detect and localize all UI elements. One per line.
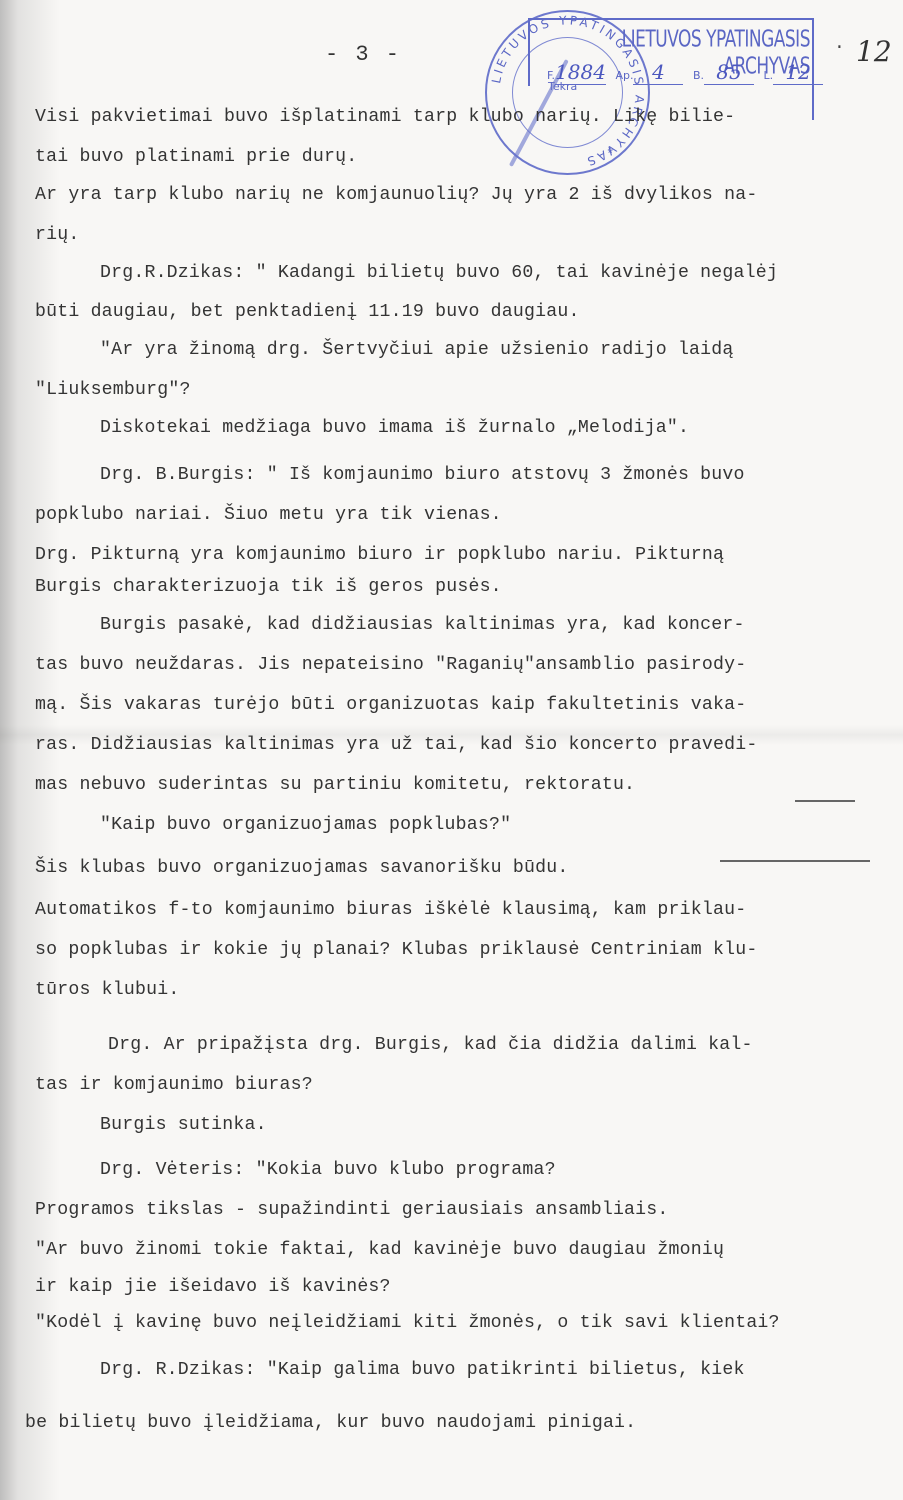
typed-line: Drg.R.Dzikas: " Kadangi bilietų buvo 60,… <box>100 263 778 283</box>
typed-line: "Liuksemburg"? <box>35 380 191 400</box>
lapas-value: 12 <box>785 60 810 84</box>
typed-line: tas ir komjaunimo biuras? <box>35 1075 313 1095</box>
typed-line: tas buvo neuždaras. Jis nepateisino "Rag… <box>35 655 746 675</box>
typed-line: ras. Didžiausias kaltinimas yra už tai, … <box>35 735 757 755</box>
typed-line: Programos tikslas - supažindinti geriaus… <box>35 1200 669 1220</box>
typed-line: mas nebuvo suderintas su partiniu komite… <box>35 775 635 795</box>
seal-star-icon: * <box>606 147 614 163</box>
typed-line: Drg. Ar pripažįsta drg. Burgis, kad čia … <box>108 1035 753 1055</box>
typed-line: Burgis sutinka. <box>100 1115 267 1135</box>
folio-dot: · <box>834 38 845 58</box>
typed-line: Automatikos f-to komjaunimo biuras iškėl… <box>35 900 746 920</box>
apyrasas-label: Ap. <box>615 69 633 82</box>
fond-label: F. <box>547 69 555 82</box>
typed-line: būti daugiau, bet penktadienį 11.19 buvo… <box>35 302 580 322</box>
typed-line: tai buvo platinami prie durų. <box>35 147 357 167</box>
archive-stamp-fields: F.1884 Ap.4 B.85 L.12 <box>547 60 829 85</box>
typed-line: popklubo nariai. Šiuo metu yra tik viena… <box>35 505 502 525</box>
typed-line: "Ar buvo žinomi tokie faktai, kad kavinė… <box>35 1240 724 1260</box>
typed-line: Drg. Vėteris: "Kokia buvo klubo programa… <box>100 1160 556 1180</box>
byla-value: 85 <box>716 60 741 84</box>
typed-line: Visi pakvietimai buvo išplatinami tarp k… <box>35 107 735 127</box>
typed-line: mą. Šis vakaras turėjo būti organizuotas… <box>35 695 746 715</box>
typed-line: Burgis charakterizuoja tik iš geros pusė… <box>35 577 502 597</box>
typed-line: Drg. R.Dzikas: "Kaip galima buvo patikri… <box>100 1360 745 1380</box>
typed-line: "Kodėl į kavinę buvo neįleidžiami kiti ž… <box>35 1313 780 1333</box>
typed-line: Diskotekai medžiaga buvo imama iš žurnal… <box>100 418 689 438</box>
typed-line: Burgis pasakė, kad didžiausias kaltinima… <box>100 615 745 635</box>
typed-line: so popklubas ir kokie jų planai? Klubas … <box>35 940 757 960</box>
typed-line: ir kaip jie išeidavo iš kavinės? <box>35 1277 391 1297</box>
typed-line: Drg. Pikturną yra komjaunimo biuro ir po… <box>35 545 724 565</box>
byla-label: B. <box>693 69 704 82</box>
fond-value: 1884 <box>555 60 606 84</box>
filler-dash-line <box>720 860 870 862</box>
typed-line: Šis klubas buvo organizuojamas savanoriš… <box>35 858 569 878</box>
typed-line: tūros klubui. <box>35 980 180 1000</box>
typed-line: "Kaip buvo organizuojamas popklubas?" <box>100 815 511 835</box>
page-number: - 3 - <box>325 42 401 67</box>
lapas-label: L. <box>764 69 774 82</box>
typed-line: be bilietų buvo įleidžiama, kur buvo nau… <box>25 1413 636 1433</box>
typed-line: Ar yra tarp klubo narių ne komjaunuolių?… <box>35 185 757 205</box>
typed-line: Drg. B.Burgis: " Iš komjaunimo biuro ats… <box>100 465 745 485</box>
typed-line: "Ar yra žinomą drg. Šertvyčiui apie užsi… <box>100 340 734 360</box>
apyrasas-value: 4 <box>652 60 665 84</box>
folio-number: 12 <box>856 35 892 68</box>
filler-dash-line <box>795 800 855 802</box>
typed-line: rių. <box>35 225 79 245</box>
